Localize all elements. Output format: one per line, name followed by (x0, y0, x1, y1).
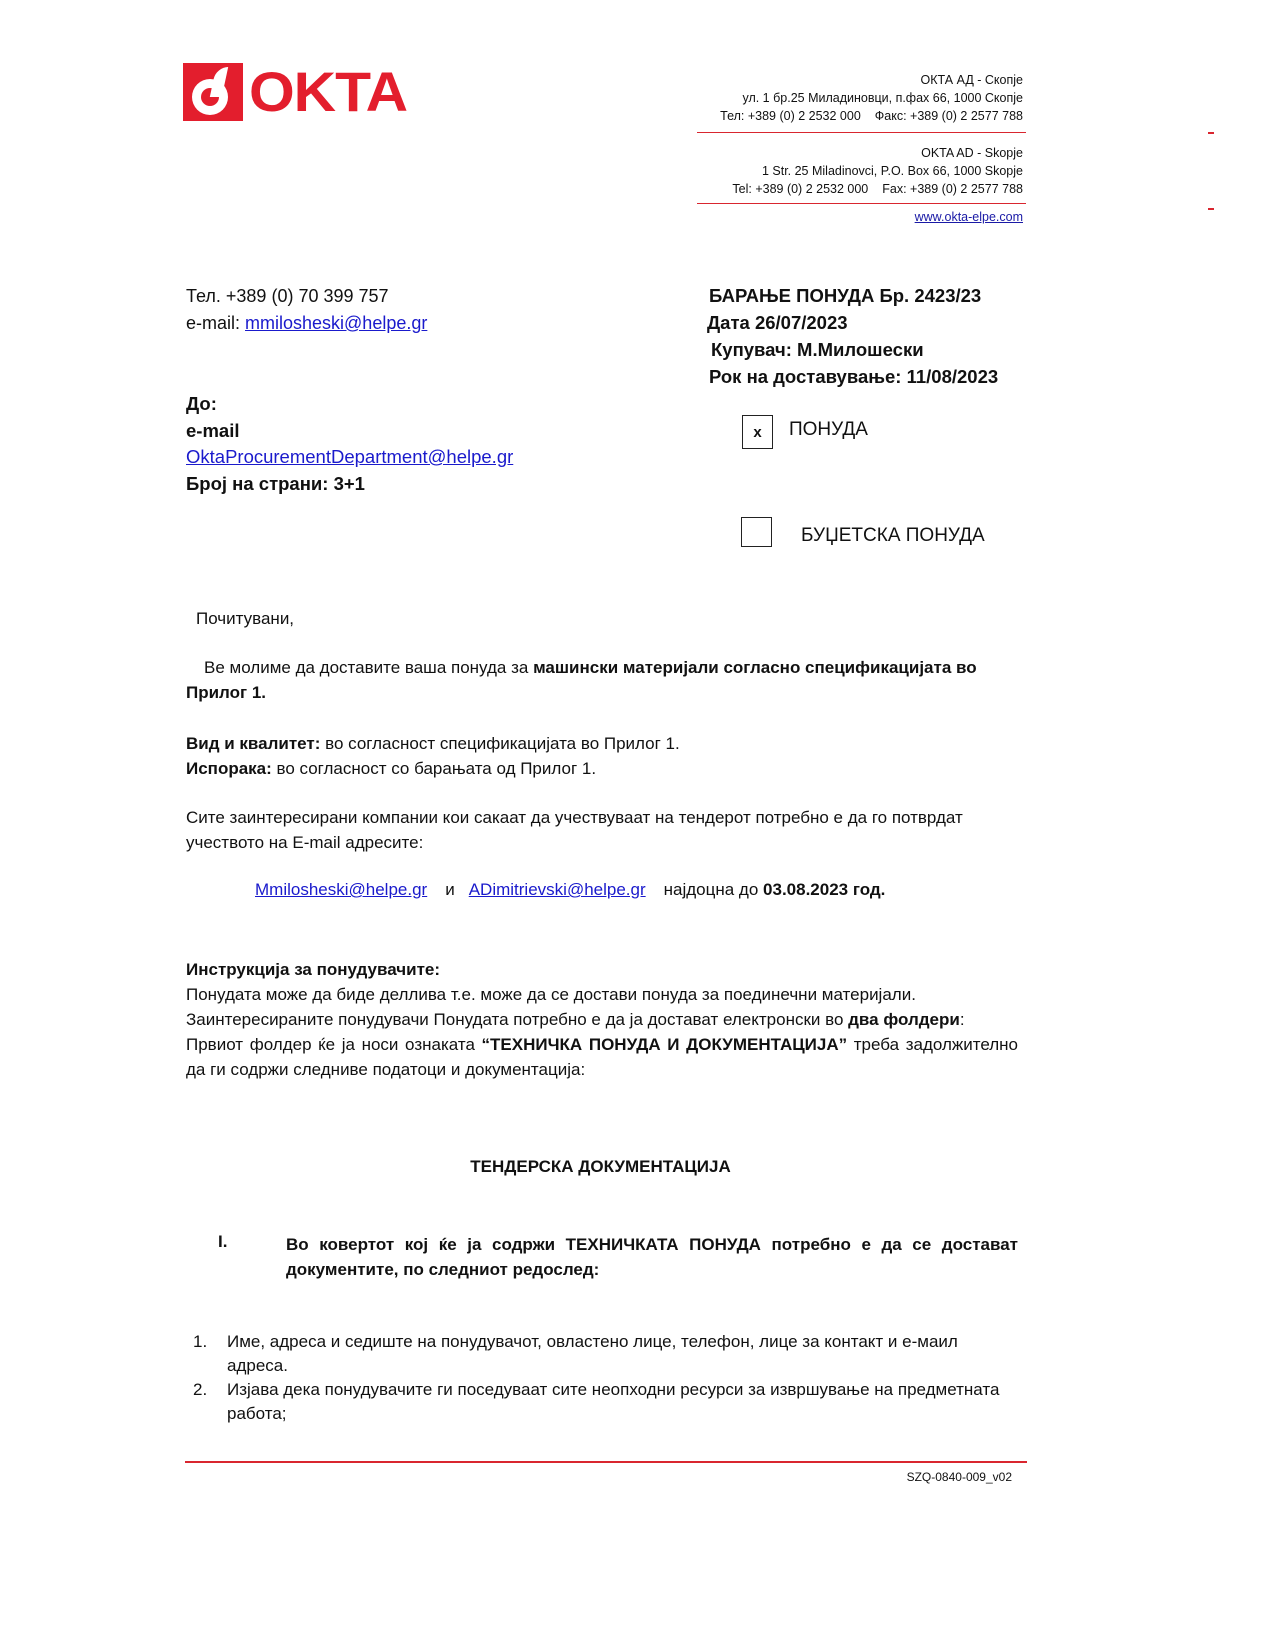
and-word: и (445, 880, 455, 899)
margin-mark (1208, 208, 1214, 210)
company-tel-mk: Тел: +389 (0) 2 2532 000 (720, 109, 861, 123)
footer-divider (185, 1461, 1027, 1463)
company-header-mk: ОКТА АД - Скопје ул. 1 бр.25 Миладиновци… (683, 71, 1023, 125)
email-link-2[interactable]: ADimitrievski@helpe.gr (469, 880, 646, 899)
company-tel-en: Tel: +389 (0) 2 2532 000 (732, 182, 868, 196)
company-fax-mk: Факс: +389 (0) 2 2577 788 (875, 109, 1023, 123)
document-code: SZQ-0840-009_v02 (907, 1470, 1012, 1484)
budget-offer-checkbox[interactable] (741, 517, 772, 547)
list-item: 2. Изјава дека понудувачите ги поседуваа… (193, 1378, 1013, 1426)
request-info: БАРАЊЕ ПОНУДА Бр. 2423/23 Дата 26/07/202… (709, 282, 998, 390)
company-fax-en: Fax: +389 (0) 2 2577 788 (882, 182, 1023, 196)
deadline-bold: 03.08.2023 год. (763, 880, 885, 899)
intro-plain: Ве молиме да доставите ваша понуда за (186, 658, 533, 677)
recipient-label: До: (186, 391, 513, 418)
offer-checkbox-label: ПОНУДА (789, 419, 868, 441)
recipient-email-label: e-mail (186, 418, 513, 445)
kind-text: во согласност спецификацијата во Прилог … (320, 734, 679, 753)
list-item: 1. Име, адреса и седиште на понудувачот,… (193, 1330, 1013, 1378)
instructions-line-2-bold: два фолдери (848, 1010, 960, 1029)
sender-email-label: e-mail: (186, 313, 245, 333)
offer-checkbox[interactable]: x (742, 415, 773, 449)
okta-drop-logo-icon (183, 63, 243, 121)
company-name-en: OKTA AD - Skopje (683, 144, 1023, 162)
company-address-mk: ул. 1 бр.25 Миладиновци, п.фах 66, 1000 … (683, 89, 1023, 107)
sender-tel: Тел. +389 (0) 70 399 757 (186, 283, 427, 310)
kind-label: Вид и квалитет: (186, 734, 320, 753)
website-link[interactable]: www.okta-elpe.com (915, 210, 1023, 224)
sender-email-link[interactable]: mmilosheski@helpe.gr (245, 313, 427, 333)
recipient-email-link[interactable]: OktaProcurementDepartment@helpe.gr (186, 446, 513, 467)
header-divider (697, 132, 1026, 133)
document-list: 1. Име, адреса и седиште на понудувачот,… (193, 1330, 1013, 1426)
delivery-label: Испорака: (186, 759, 272, 778)
request-buyer: Купувач: М.Милошески (711, 336, 998, 363)
kind-delivery: Вид и квалитет: во согласност спецификац… (186, 731, 1018, 781)
list-item-number: 2. (193, 1378, 227, 1426)
list-item-text: Име, адреса и седиште на понудувачот, ов… (227, 1330, 1013, 1378)
okta-logo: OKTA (183, 63, 400, 121)
budget-offer-checkbox-label: БУЏЕТСКА ПОНУДА (801, 525, 985, 547)
instructions-line-2: Заинтересираните понудувачи Понудата пот… (186, 1010, 848, 1029)
company-address-en: 1 Str. 25 Miladinovci, P.O. Box 66, 1000… (683, 162, 1023, 180)
deadline-plain: најдоцна до (664, 880, 763, 899)
greeting: Почитувани, (196, 606, 1028, 631)
instructions-line-3-bold: “ТЕХНИЧКА ПОНУДА И ДОКУМЕНТАЦИЈА” (482, 1035, 848, 1054)
delivery-text: во согласност со барањата од Прилог 1. (272, 759, 596, 778)
confirmation-emails: Mmilosheski@helpe.grиADimitrievski@helpe… (255, 880, 885, 900)
header-divider (697, 203, 1026, 204)
margin-mark (1208, 132, 1214, 134)
instructions-line-3: Првиот фолдер ќе ја носи ознаката (186, 1035, 482, 1054)
logo-text: OKTA (249, 63, 407, 121)
pages-value: : 3+1 (322, 473, 365, 494)
recipient-block: До: e-mail OktaProcurementDepartment@hel… (186, 391, 513, 497)
request-date: Дата 26/07/2023 (707, 309, 998, 336)
company-header-en: OKTA AD - Skopje 1 Str. 25 Miladinovci, … (683, 144, 1023, 198)
instructions-line-1: Понудата може да биде деллива т.е. може … (186, 982, 1018, 1007)
pages-label: Број на страни (186, 473, 322, 494)
section-text: Во ковертот кој ќе ја содржи ТЕХНИЧКАТА … (286, 1232, 1018, 1282)
sender-contact: Тел. +389 (0) 70 399 757 e-mail: mmilosh… (186, 283, 427, 337)
list-item-text: Изјава дека понудувачите ги поседуваат с… (227, 1378, 1013, 1426)
list-item-number: 1. (193, 1330, 227, 1378)
request-number: БАРАЊЕ ПОНУДА Бр. 2423/23 (709, 282, 998, 309)
company-name-mk: ОКТА АД - Скопје (683, 71, 1023, 89)
instructions-line-2-end: : (960, 1010, 965, 1029)
participation-paragraph: Сите заинтересирани компании кои сакаат … (186, 805, 1018, 855)
intro-paragraph: Ве молиме да доставите ваша понуда за ма… (186, 655, 1018, 705)
email-link-1[interactable]: Mmilosheski@helpe.gr (255, 880, 427, 899)
section-numeral: I. (218, 1232, 227, 1252)
tender-title: ТЕНДЕРСКА ДОКУМЕНТАЦИЈА (0, 1157, 1201, 1177)
instructions: Инструкција за понудувачите: Понудата мо… (186, 957, 1018, 1082)
request-deadline: Рок на доставување: 11/08/2023 (709, 363, 998, 390)
instructions-title: Инструкција за понудувачите: (186, 957, 1018, 982)
checkbox-mark: x (753, 424, 761, 441)
